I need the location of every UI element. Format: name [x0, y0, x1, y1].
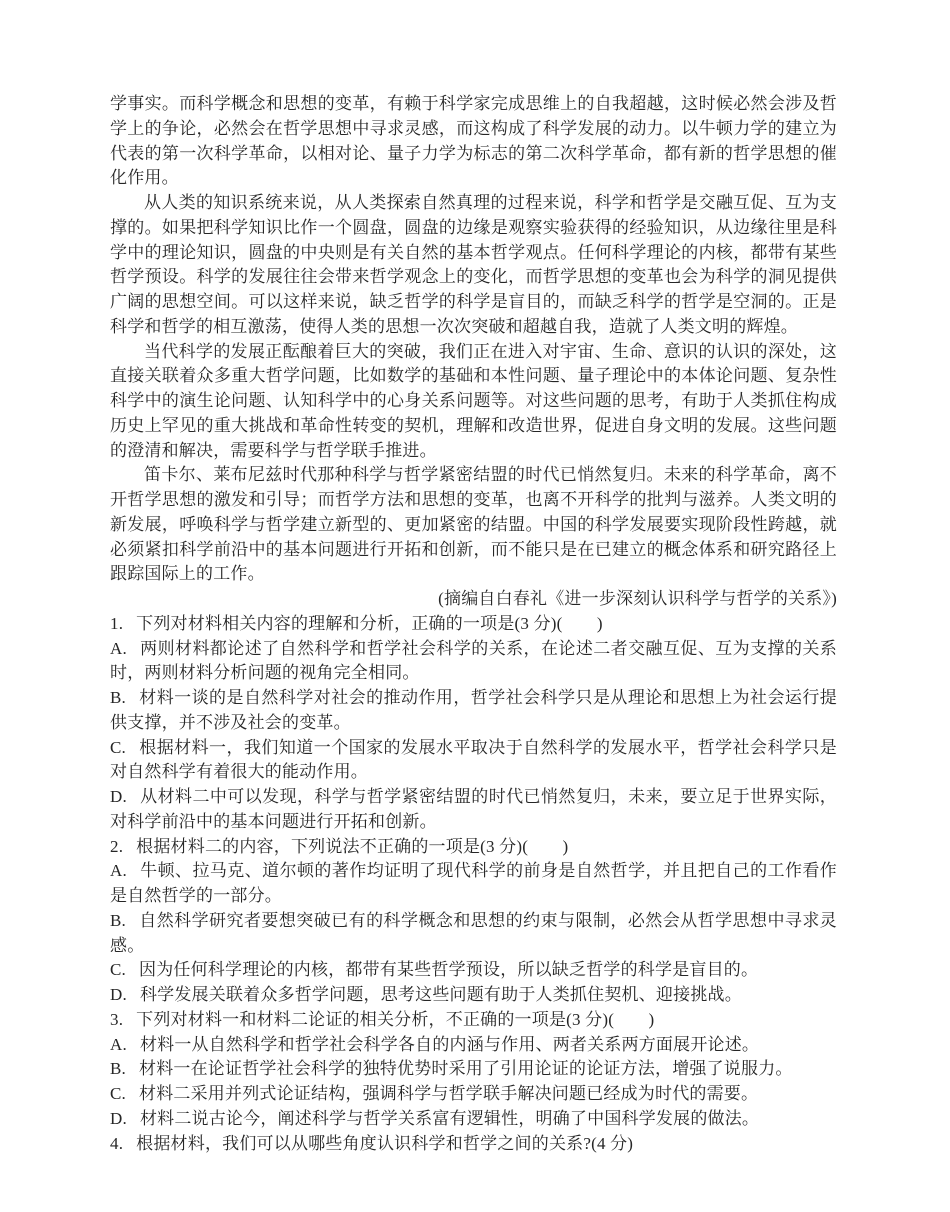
option-label-a: A.: [110, 639, 127, 658]
option-text: 材料一在论证哲学社会科学的独特优势时采用了引用论证的论证方法，增强了说服力。: [139, 1059, 793, 1078]
option-text: 材料二采用并列式论证结构，强调科学与哲学联手解决问题已经成为时代的需要。: [139, 1084, 758, 1103]
passage-paragraph-2: 从人类的知识系统来说，从人类探索自然真理的过程来说，科学和哲学是交融互促、互为支…: [110, 191, 837, 340]
question-2-option-c: C.因为任何科学理论的内核，都带有某些哲学预设，所以缺乏哲学的科学是盲目的。: [110, 958, 837, 983]
option-text: 材料一谈的是自然科学对社会的推动作用，哲学社会科学只是从理论和思想上为社会运行提…: [110, 688, 837, 732]
option-text: 牛顿、拉马克、道尔顿的著作均证明了现代科学的前身是自然哲学，并且把自己的工作看作…: [110, 861, 837, 905]
option-text: 两则材料都论述了自然科学和哲学社会科学的关系，在论述二者交融互促、互为支撑的关系…: [110, 639, 837, 683]
option-label-a: A.: [110, 1035, 127, 1054]
question-2-stem: 2.根据材料二的内容，下列说法不正确的一项是(3 分)( ): [110, 835, 837, 860]
option-label-d: D.: [110, 787, 127, 806]
option-text: 因为任何科学理论的内核，都带有某些哲学预设，所以缺乏哲学的科学是盲目的。: [139, 960, 758, 979]
question-1-option-b: B.材料一谈的是自然科学对社会的推动作用，哲学社会科学只是从理论和思想上为社会运…: [110, 686, 837, 736]
exam-document-page: 学事实。而科学概念和思想的变革，有赖于科学家完成思维上的自我超越，这时候必然会涉…: [0, 0, 950, 1212]
question-4-text: 根据材料，我们可以从哪些角度认识科学和哲学之间的关系?(4 分): [136, 1134, 633, 1153]
option-label-a: A.: [110, 861, 127, 880]
passage-paragraph-1: 学事实。而科学概念和思想的变革，有赖于科学家完成思维上的自我超越，这时候必然会涉…: [110, 92, 837, 191]
question-1-option-d: D.从材料二中可以发现，科学与哲学紧密结盟的时代已悄然复归，未来，要立足于世界实…: [110, 785, 837, 835]
reading-passage-section: 学事实。而科学概念和思想的变革，有赖于科学家完成思维上的自我超越，这时候必然会涉…: [110, 92, 837, 1156]
option-label-d: D.: [110, 985, 127, 1004]
question-3-option-c: C.材料二采用并列式论证结构，强调科学与哲学联手解决问题已经成为时代的需要。: [110, 1082, 837, 1107]
option-text: 材料一从自然科学和哲学社会科学各自的内涵与作用、两者关系两方面展开论述。: [140, 1035, 759, 1054]
question-2-option-a: A.牛顿、拉马克、道尔顿的著作均证明了现代科学的前身是自然哲学，并且把自己的工作…: [110, 859, 837, 909]
passage-attribution: (摘编自白春礼《进一步深刻认识科学与哲学的关系》): [110, 587, 837, 612]
question-3-number: 3.: [110, 1010, 123, 1029]
question-1-option-a: A.两则材料都论述了自然科学和哲学社会科学的关系，在论述二者交融互促、互为支撑的…: [110, 637, 837, 687]
question-2-number: 2.: [110, 837, 123, 856]
question-3-option-d: D.材料二说古论今，阐述科学与哲学关系富有逻辑性，明确了中国科学发展的做法。: [110, 1107, 837, 1132]
option-label-b: B.: [110, 1059, 126, 1078]
option-label-c: C.: [110, 1084, 126, 1103]
question-3-text: 下列对材料一和材料二论证的相关分析，不正确的一项是(3 分)( ): [136, 1010, 654, 1029]
question-1-text: 下列对材料相关内容的理解和分析，正确的一项是(3 分)( ): [136, 614, 603, 633]
passage-paragraph-3: 当代科学的发展正酝酿着巨大的突破，我们正在进入对宇宙、生命、意识的认识的深处，这…: [110, 340, 837, 464]
option-label-b: B.: [110, 911, 126, 930]
passage-paragraph-4: 笛卡尔、莱布尼兹时代那种科学与哲学紧密结盟的时代已悄然复归。未来的科学革命，离不…: [110, 463, 837, 587]
question-4-number: 4.: [110, 1134, 123, 1153]
question-1-option-c: C.根据材料一，我们知道一个国家的发展水平取决于自然科学的发展水平，哲学社会科学…: [110, 736, 837, 786]
option-text: 根据材料一，我们知道一个国家的发展水平取决于自然科学的发展水平，哲学社会科学只是…: [110, 738, 837, 782]
question-2-option-d: D.科学发展关联着众多哲学问题，思考这些问题有助于人类抓住契机、迎接挑战。: [110, 983, 837, 1008]
option-label-b: B.: [110, 688, 126, 707]
option-label-d: D.: [110, 1109, 127, 1128]
question-2-text: 根据材料二的内容，下列说法不正确的一项是(3 分)( ): [136, 837, 568, 856]
question-3-stem: 3.下列对材料一和材料二论证的相关分析，不正确的一项是(3 分)( ): [110, 1008, 837, 1033]
question-1-number: 1.: [110, 614, 123, 633]
option-label-c: C.: [110, 960, 126, 979]
option-text: 科学发展关联着众多哲学问题，思考这些问题有助于人类抓住契机、迎接挑战。: [140, 985, 742, 1004]
question-4-stem: 4.根据材料，我们可以从哪些角度认识科学和哲学之间的关系?(4 分): [110, 1132, 837, 1157]
question-3-option-a: A.材料一从自然科学和哲学社会科学各自的内涵与作用、两者关系两方面展开论述。: [110, 1033, 837, 1058]
option-text: 材料二说古论今，阐述科学与哲学关系富有逻辑性，明确了中国科学发展的做法。: [140, 1109, 759, 1128]
question-2-option-b: B.自然科学研究者要想突破已有的科学概念和思想的约束与限制，必然会从哲学思想中寻…: [110, 909, 837, 959]
option-label-c: C.: [110, 738, 126, 757]
option-text: 自然科学研究者要想突破已有的科学概念和思想的约束与限制，必然会从哲学思想中寻求灵…: [110, 911, 837, 955]
question-3-option-b: B.材料一在论证哲学社会科学的独特优势时采用了引用论证的论证方法，增强了说服力。: [110, 1057, 837, 1082]
question-1-stem: 1.下列对材料相关内容的理解和分析，正确的一项是(3 分)( ): [110, 612, 837, 637]
option-text: 从材料二中可以发现，科学与哲学紧密结盟的时代已悄然复归，未来，要立足于世界实际，…: [110, 787, 837, 831]
